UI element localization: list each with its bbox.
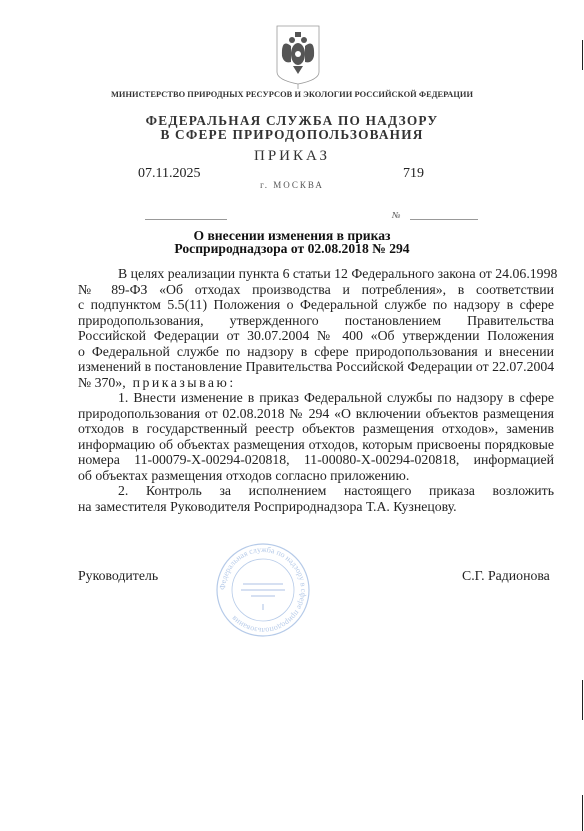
- text-line: о Федеральной службе по надзору в сфере …: [78, 344, 554, 360]
- agency-name-line2: В СФЕРЕ ПРИРОДОПОЛЬЗОВАНИЯ: [0, 127, 584, 142]
- scan-edge-mark: [582, 40, 583, 70]
- document-title: О внесении изменения в приказ Росприродн…: [0, 229, 584, 255]
- text-line: природопользования от 02.08.2018 № 294 «…: [78, 406, 554, 422]
- text-line: № 370», приказываю:: [78, 375, 554, 391]
- document-page: МИНИСТЕРСТВО ПРИРОДНЫХ РЕСУРСОВ И ЭКОЛОГ…: [0, 0, 584, 831]
- scan-edge-mark: [582, 680, 583, 720]
- text-line: информацию об объектах размещения отходо…: [78, 437, 554, 453]
- title-line2: Росприроднадзора от 02.08.2018 № 294: [0, 242, 584, 255]
- item-1-paragraph: 1. Внести изменение в приказ Федеральной…: [78, 390, 554, 483]
- text-line: 2. Контроль за исполнением настоящего пр…: [78, 483, 554, 499]
- ministry-name: МИНИСТЕРСТВО ПРИРОДНЫХ РЕСУРСОВ И ЭКОЛОГ…: [0, 90, 584, 99]
- text-line: № 89-ФЗ «Об отходах производства и потре…: [78, 282, 554, 298]
- official-stamp-icon: Федеральная служба по надзору в сфере пр…: [213, 540, 313, 640]
- date-blank-line: [145, 219, 227, 220]
- order-word: приказываю:: [133, 375, 236, 390]
- document-body: В целях реализации пункта 6 статьи 12 Фе…: [78, 266, 554, 514]
- text-line: 1. Внести изменение в приказ Федеральной…: [78, 390, 554, 406]
- item-2-paragraph: 2. Контроль за исполнением настоящего пр…: [78, 483, 554, 514]
- signatory-role: Руководитель: [78, 568, 158, 584]
- text-line: об объектах размещения отходов согласно …: [78, 468, 554, 484]
- preamble-paragraph: В целях реализации пункта 6 статьи 12 Фе…: [78, 266, 554, 390]
- text-line: В целях реализации пункта 6 статьи 12 Фе…: [78, 266, 554, 282]
- text-line: отходов в государственный реестр объекто…: [78, 421, 554, 437]
- number-blank-line: [410, 219, 478, 220]
- scan-edge-mark: [582, 795, 583, 831]
- text-line: с подпунктом 5.5(11) Положения о Федерал…: [78, 297, 554, 313]
- text-line: природопользования, утвержденного постан…: [78, 313, 554, 329]
- signatory-name: С.Г. Радионова: [462, 568, 550, 584]
- city: г. МОСКВА: [0, 180, 584, 190]
- text-line: Российской Федерации от 30.07.2004 № 400…: [78, 328, 554, 344]
- preamble-end: № 370»,: [78, 375, 126, 390]
- agency-name-line1: ФЕДЕРАЛЬНАЯ СЛУЖБА ПО НАДЗОРУ: [0, 113, 584, 128]
- text-line: изменений в постановление Правительства …: [78, 359, 554, 375]
- text-line: на заместителя Руководителя Росприроднад…: [78, 499, 554, 515]
- text-line: номера 11-00079-Х-00294-020818, 11-00080…: [78, 452, 554, 468]
- coat-of-arms-icon: [273, 22, 323, 92]
- document-type: ПРИКАЗ: [0, 148, 584, 165]
- number-sign: №: [392, 210, 401, 220]
